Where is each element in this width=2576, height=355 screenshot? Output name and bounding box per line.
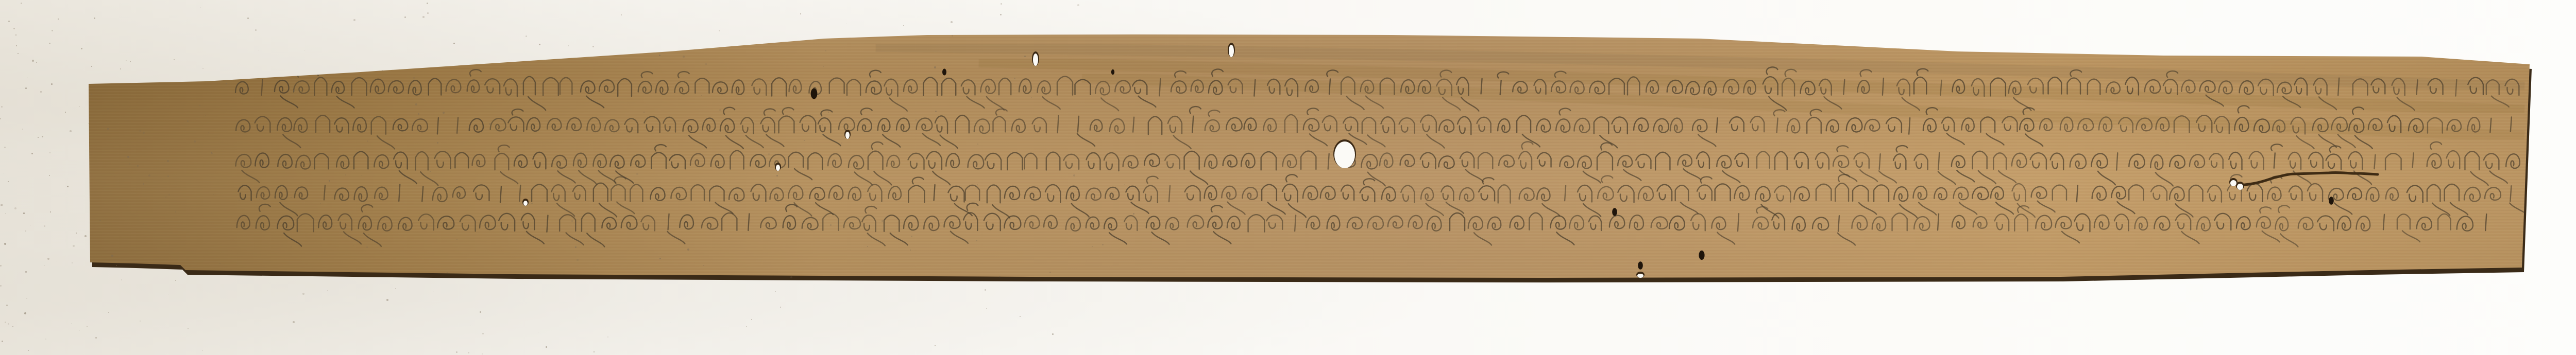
speck [99, 220, 101, 221]
speck [299, 81, 299, 81]
speck [44, 265, 45, 265]
speck [259, 199, 260, 200]
speck [143, 132, 145, 134]
speck [58, 19, 59, 20]
speck [935, 345, 936, 346]
speck [453, 43, 455, 44]
speck [15, 34, 16, 35]
speck [65, 112, 66, 113]
speck [353, 19, 355, 21]
speck [1000, 14, 1002, 15]
speck [52, 30, 53, 31]
speck [304, 50, 305, 50]
speck [208, 132, 209, 133]
speck [199, 105, 200, 106]
speck [51, 83, 53, 85]
speck [76, 233, 77, 234]
speck [468, 352, 469, 353]
speck [1077, 4, 1079, 6]
speck [327, 290, 328, 291]
speck [800, 13, 801, 14]
speck [531, 203, 533, 204]
speck [659, 55, 660, 56]
speck [293, 321, 295, 323]
speck [507, 129, 509, 130]
speck [114, 176, 115, 176]
speck [32, 60, 34, 62]
speck [205, 115, 206, 116]
speck [538, 332, 538, 332]
speck [776, 175, 778, 176]
speck [869, 169, 870, 170]
speck [443, 112, 445, 114]
speck [70, 130, 72, 132]
speck [137, 165, 139, 167]
speck [168, 194, 170, 196]
speck [38, 137, 39, 138]
speck [456, 239, 457, 240]
speck [822, 134, 824, 135]
speck [247, 17, 249, 19]
speck [366, 246, 368, 248]
speck [382, 70, 383, 71]
speck [910, 250, 911, 251]
speck [418, 113, 419, 115]
speck [590, 144, 590, 145]
speck [822, 125, 823, 126]
speck [167, 160, 169, 162]
speck [0, 265, 2, 267]
speck [701, 95, 702, 96]
speck [867, 246, 868, 247]
speck [470, 326, 470, 326]
speck [202, 350, 203, 351]
speck [219, 263, 221, 264]
speck [143, 183, 144, 185]
speck [430, 171, 431, 172]
speck [87, 326, 88, 327]
speck [1001, 3, 1002, 5]
speck [111, 255, 113, 257]
speck [175, 280, 176, 281]
speck [987, 221, 988, 222]
speck [825, 50, 826, 51]
speck [4, 147, 6, 148]
speck [18, 53, 19, 54]
speck [14, 207, 16, 209]
speck [167, 175, 169, 177]
speck [291, 246, 292, 247]
speck [13, 28, 15, 29]
speck [21, 3, 22, 4]
speck [88, 123, 89, 123]
speck [409, 82, 409, 83]
speck [670, 322, 670, 323]
speck [8, 323, 9, 325]
speck [577, 159, 579, 161]
speck [168, 294, 169, 294]
speck [6, 305, 8, 306]
speck [259, 50, 259, 50]
speck [703, 265, 704, 266]
speck [404, 176, 405, 177]
speck [413, 77, 415, 79]
speck [47, 258, 49, 260]
speck [526, 35, 527, 37]
speck [846, 24, 846, 24]
speck [882, 220, 883, 222]
speck [427, 12, 429, 14]
speck [23, 212, 25, 214]
speck [395, 288, 396, 289]
speck [26, 298, 27, 299]
speck [621, 14, 622, 15]
speck [293, 90, 295, 92]
speck [49, 175, 50, 176]
speck [25, 87, 27, 89]
speck [4, 173, 4, 173]
speck [1133, 213, 1134, 215]
speck [514, 150, 515, 150]
speck [255, 29, 257, 31]
speck [1076, 273, 1076, 274]
speck [594, 351, 595, 352]
speck [91, 94, 92, 95]
speck [188, 328, 189, 329]
speck [1073, 174, 1075, 176]
speck [353, 245, 353, 246]
speck [328, 156, 329, 157]
speck [828, 112, 829, 113]
speck [1049, 272, 1051, 273]
speck [369, 151, 370, 152]
speck [976, 240, 977, 241]
speck [165, 197, 166, 198]
speck [261, 254, 261, 255]
speck [456, 351, 457, 353]
speck [25, 230, 26, 232]
speck [129, 163, 130, 165]
speck [903, 25, 904, 26]
speck [719, 30, 720, 31]
speck [367, 140, 368, 142]
speck [97, 164, 97, 164]
speck [175, 211, 176, 212]
speck [543, 212, 543, 213]
speck [478, 233, 479, 233]
speck [213, 194, 214, 195]
speck [394, 119, 395, 120]
speck [768, 153, 770, 155]
speck [2, 204, 3, 206]
speck [563, 158, 565, 160]
speck [291, 197, 292, 198]
speck [911, 236, 912, 237]
speck [575, 246, 577, 248]
speck [1092, 246, 1093, 247]
speck [459, 186, 460, 187]
speck [604, 155, 605, 156]
speck [935, 111, 937, 112]
speck [437, 142, 438, 144]
speck [2, 341, 3, 342]
speck [592, 46, 594, 47]
speck [30, 225, 30, 226]
speck [427, 3, 428, 4]
speck [95, 337, 97, 339]
speck [694, 262, 694, 262]
speck [24, 312, 26, 314]
speck [521, 83, 523, 84]
speck [414, 201, 414, 201]
speck [91, 66, 92, 67]
speck [81, 48, 82, 49]
speck [140, 321, 141, 322]
speck [804, 140, 805, 141]
speck [40, 91, 42, 93]
speck [489, 123, 491, 125]
speck [5, 322, 6, 323]
speck [110, 56, 110, 56]
speck [187, 120, 189, 122]
speck [194, 140, 196, 143]
speck [746, 326, 747, 327]
speck [0, 285, 2, 287]
speck [200, 7, 200, 8]
speck [1024, 56, 1026, 57]
speck [954, 232, 954, 233]
speck [8, 21, 10, 22]
speck [345, 174, 346, 175]
speck [480, 311, 481, 313]
speck [636, 173, 638, 175]
speck [577, 259, 579, 261]
speck [126, 60, 127, 61]
speck [1124, 184, 1125, 185]
speck [404, 16, 406, 18]
speck [751, 319, 752, 320]
speck [28, 350, 29, 351]
speck [542, 90, 544, 92]
speck [36, 62, 37, 63]
speck [433, 292, 434, 292]
speck [108, 312, 109, 313]
speck [841, 143, 842, 144]
speck [72, 262, 73, 263]
speck [42, 136, 43, 137]
speck [49, 152, 50, 153]
speck [79, 106, 80, 106]
speck [320, 203, 321, 204]
speck [780, 307, 781, 308]
speck [302, 293, 304, 295]
speck [823, 66, 824, 67]
speck [415, 103, 417, 105]
speck [4, 243, 6, 245]
speck [16, 45, 17, 46]
speck [546, 346, 547, 348]
speck [73, 245, 75, 247]
speck [571, 220, 573, 222]
speck [25, 271, 27, 273]
speck [985, 289, 986, 291]
speck [916, 119, 917, 120]
speck [174, 59, 175, 60]
speck [84, 235, 87, 237]
speck [683, 56, 685, 58]
speck [1020, 316, 1021, 317]
speck [107, 128, 109, 130]
speck [775, 291, 776, 292]
speck [180, 221, 180, 222]
speck [568, 45, 569, 46]
speck [49, 43, 50, 44]
speck [607, 336, 608, 338]
speck [951, 21, 953, 23]
speck [1, 106, 3, 108]
speck [934, 66, 936, 68]
speck [50, 211, 51, 212]
speck [226, 83, 227, 84]
speck [5, 213, 6, 214]
speck [0, 118, 1, 119]
speck [422, 16, 425, 18]
speck [687, 248, 689, 251]
speck [79, 330, 79, 331]
speck [239, 200, 240, 201]
speck [659, 258, 661, 259]
speck [1088, 216, 1089, 218]
speck [977, 144, 978, 145]
speck [1102, 244, 1104, 245]
speck [127, 156, 129, 158]
speck [94, 17, 95, 19]
speck [386, 299, 388, 301]
speck [121, 279, 122, 280]
speck [539, 44, 540, 45]
speck [368, 234, 369, 235]
speck [1031, 97, 1032, 98]
speck [719, 109, 721, 111]
speck [1052, 333, 1054, 335]
speck [482, 353, 483, 354]
speck [952, 35, 953, 37]
backdrop-specks [0, 0, 2576, 355]
speck [116, 265, 117, 266]
speck [999, 276, 1001, 277]
speck [361, 175, 362, 176]
speck [447, 272, 448, 273]
speck [8, 181, 9, 182]
speck [31, 153, 33, 154]
speck [986, 308, 987, 309]
speck [603, 125, 604, 126]
speck [869, 119, 870, 120]
speck [148, 174, 150, 176]
speck [977, 184, 978, 185]
speck [71, 324, 72, 324]
speck [12, 326, 13, 327]
speck [139, 130, 141, 132]
speck [834, 186, 835, 187]
speck [1014, 78, 1015, 79]
speck [705, 63, 707, 65]
speck [830, 224, 832, 226]
speck [44, 225, 45, 227]
speck [378, 228, 379, 229]
speck [57, 261, 57, 261]
speck [45, 339, 46, 340]
speck [265, 161, 267, 163]
speck [27, 78, 28, 78]
speck [873, 3, 873, 3]
speck [120, 68, 121, 69]
speck [202, 68, 204, 69]
speck [790, 276, 792, 278]
speck [329, 180, 330, 182]
speck [67, 186, 69, 187]
speck [643, 112, 645, 113]
speck [130, 61, 131, 62]
speck [22, 129, 23, 130]
speck [482, 333, 484, 334]
